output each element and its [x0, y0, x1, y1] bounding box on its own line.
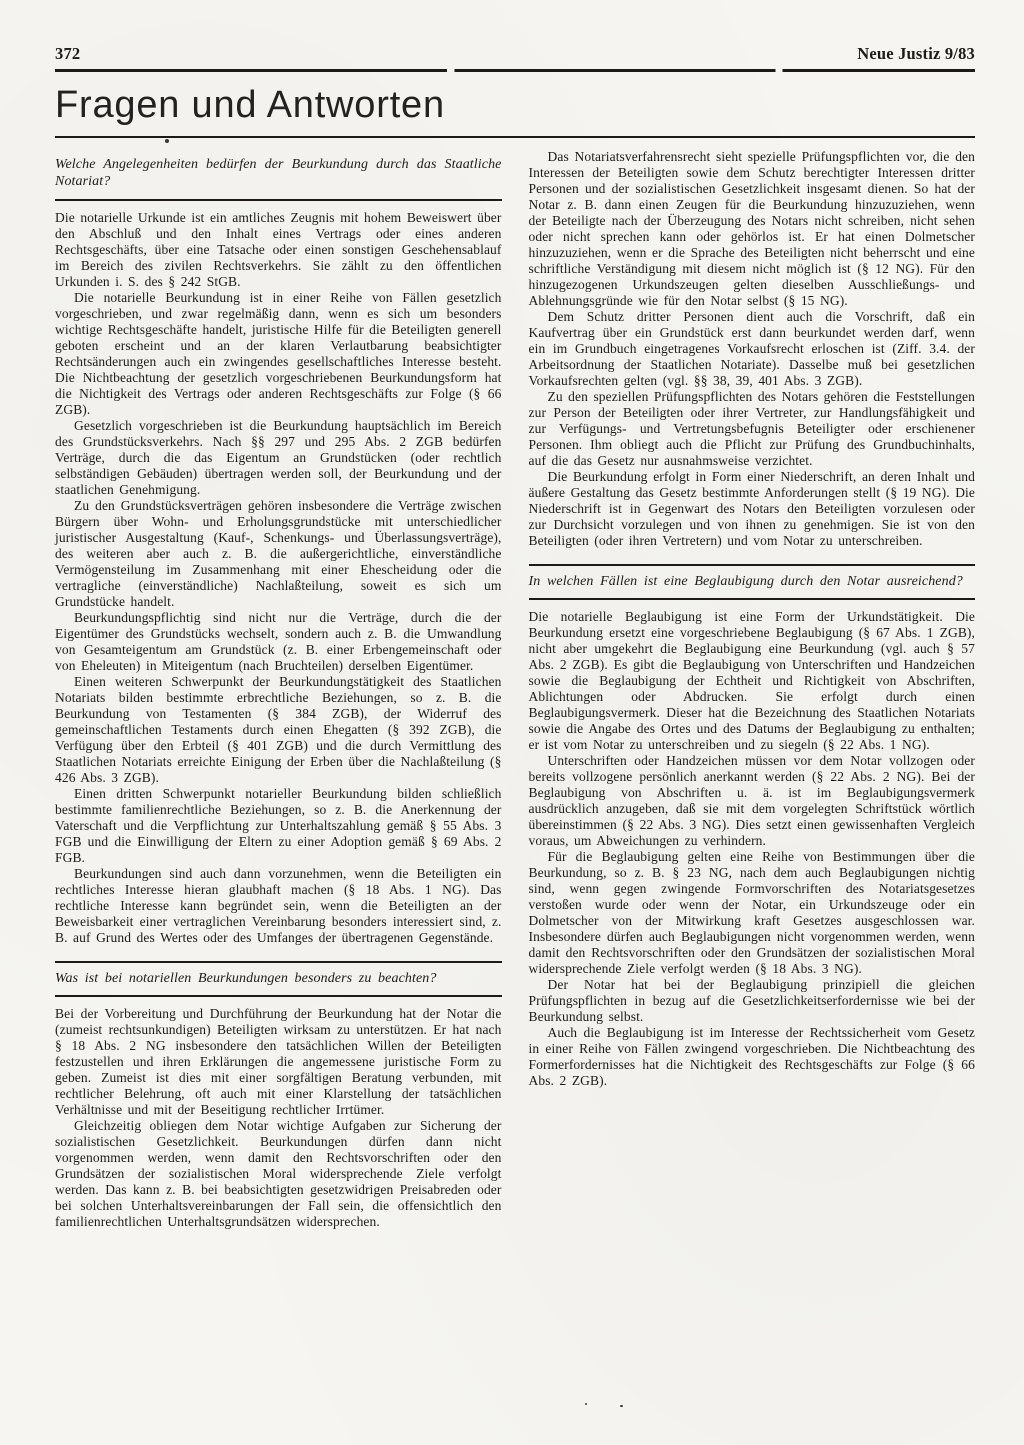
paragraph: Zu den speziellen Prüfungspflichten des …	[529, 389, 976, 469]
right-column: Das Notariatsverfahrensrecht sieht spezi…	[529, 149, 976, 1231]
question-heading: Welche Angelegenheiten bedürfen der Beur…	[55, 149, 502, 201]
article-title: Fragen und Antworten	[55, 85, 975, 127]
paragraph: Unterschriften oder Handzeichen müssen v…	[529, 753, 976, 849]
journal-title: Neue Justiz 9/83	[857, 44, 975, 64]
paragraph: Zu den Grundstücksverträgen gehören insb…	[55, 498, 502, 610]
page-header: 372 Neue Justiz 9/83	[55, 44, 975, 64]
paragraph: Beurkundungspflichtig sind nicht nur die…	[55, 610, 502, 674]
paragraph: Die notarielle Beurkundung ist in einer …	[55, 290, 502, 418]
paragraph: Gleichzeitig obliegen dem Notar wichtige…	[55, 1118, 502, 1230]
scan-speck	[620, 1405, 623, 1407]
journal-page: 372 Neue Justiz 9/83 Fragen und Antworte…	[0, 0, 1024, 1445]
paragraph: Gesetzlich vorgeschrieben ist die Beurku…	[55, 418, 502, 498]
paragraph: Auch die Beglaubigung ist im Interesse d…	[529, 1025, 976, 1089]
paragraph: Der Notar hat bei der Beglaubigung prinz…	[529, 977, 976, 1025]
paragraph: Die Beurkundung erfolgt in Form einer Ni…	[529, 469, 976, 549]
header-rule	[55, 69, 975, 72]
question-heading: Was ist bei notariellen Beurkundungen be…	[55, 961, 502, 998]
title-rule	[55, 136, 975, 138]
paragraph: Beurkundungen sind auch dann vorzunehmen…	[55, 866, 502, 946]
paragraph: Einen weiteren Schwerpunkt der Beurkundu…	[55, 674, 502, 786]
paragraph: Die notarielle Beglaubigung ist eine For…	[529, 609, 976, 753]
paragraph: Dem Schutz dritter Personen dient auch d…	[529, 309, 976, 389]
page-number: 372	[55, 44, 80, 64]
scan-speck	[585, 1403, 587, 1405]
paragraph: Die notarielle Urkunde ist ein amtliches…	[55, 210, 502, 290]
paragraph: Das Notariatsverfahrensrecht sieht spezi…	[529, 149, 976, 309]
scan-speck	[165, 139, 169, 143]
question-heading: In welchen Fällen ist eine Beglaubigung …	[529, 564, 976, 601]
paragraph: Für die Beglaubigung gelten eine Reihe v…	[529, 849, 976, 977]
paragraph: Bei der Vorbereitung und Durchführung de…	[55, 1006, 502, 1118]
left-column: Welche Angelegenheiten bedürfen der Beur…	[55, 149, 502, 1231]
paragraph: Einen dritten Schwerpunkt notarieller Be…	[55, 786, 502, 866]
article-body: Welche Angelegenheiten bedürfen der Beur…	[55, 149, 975, 1231]
